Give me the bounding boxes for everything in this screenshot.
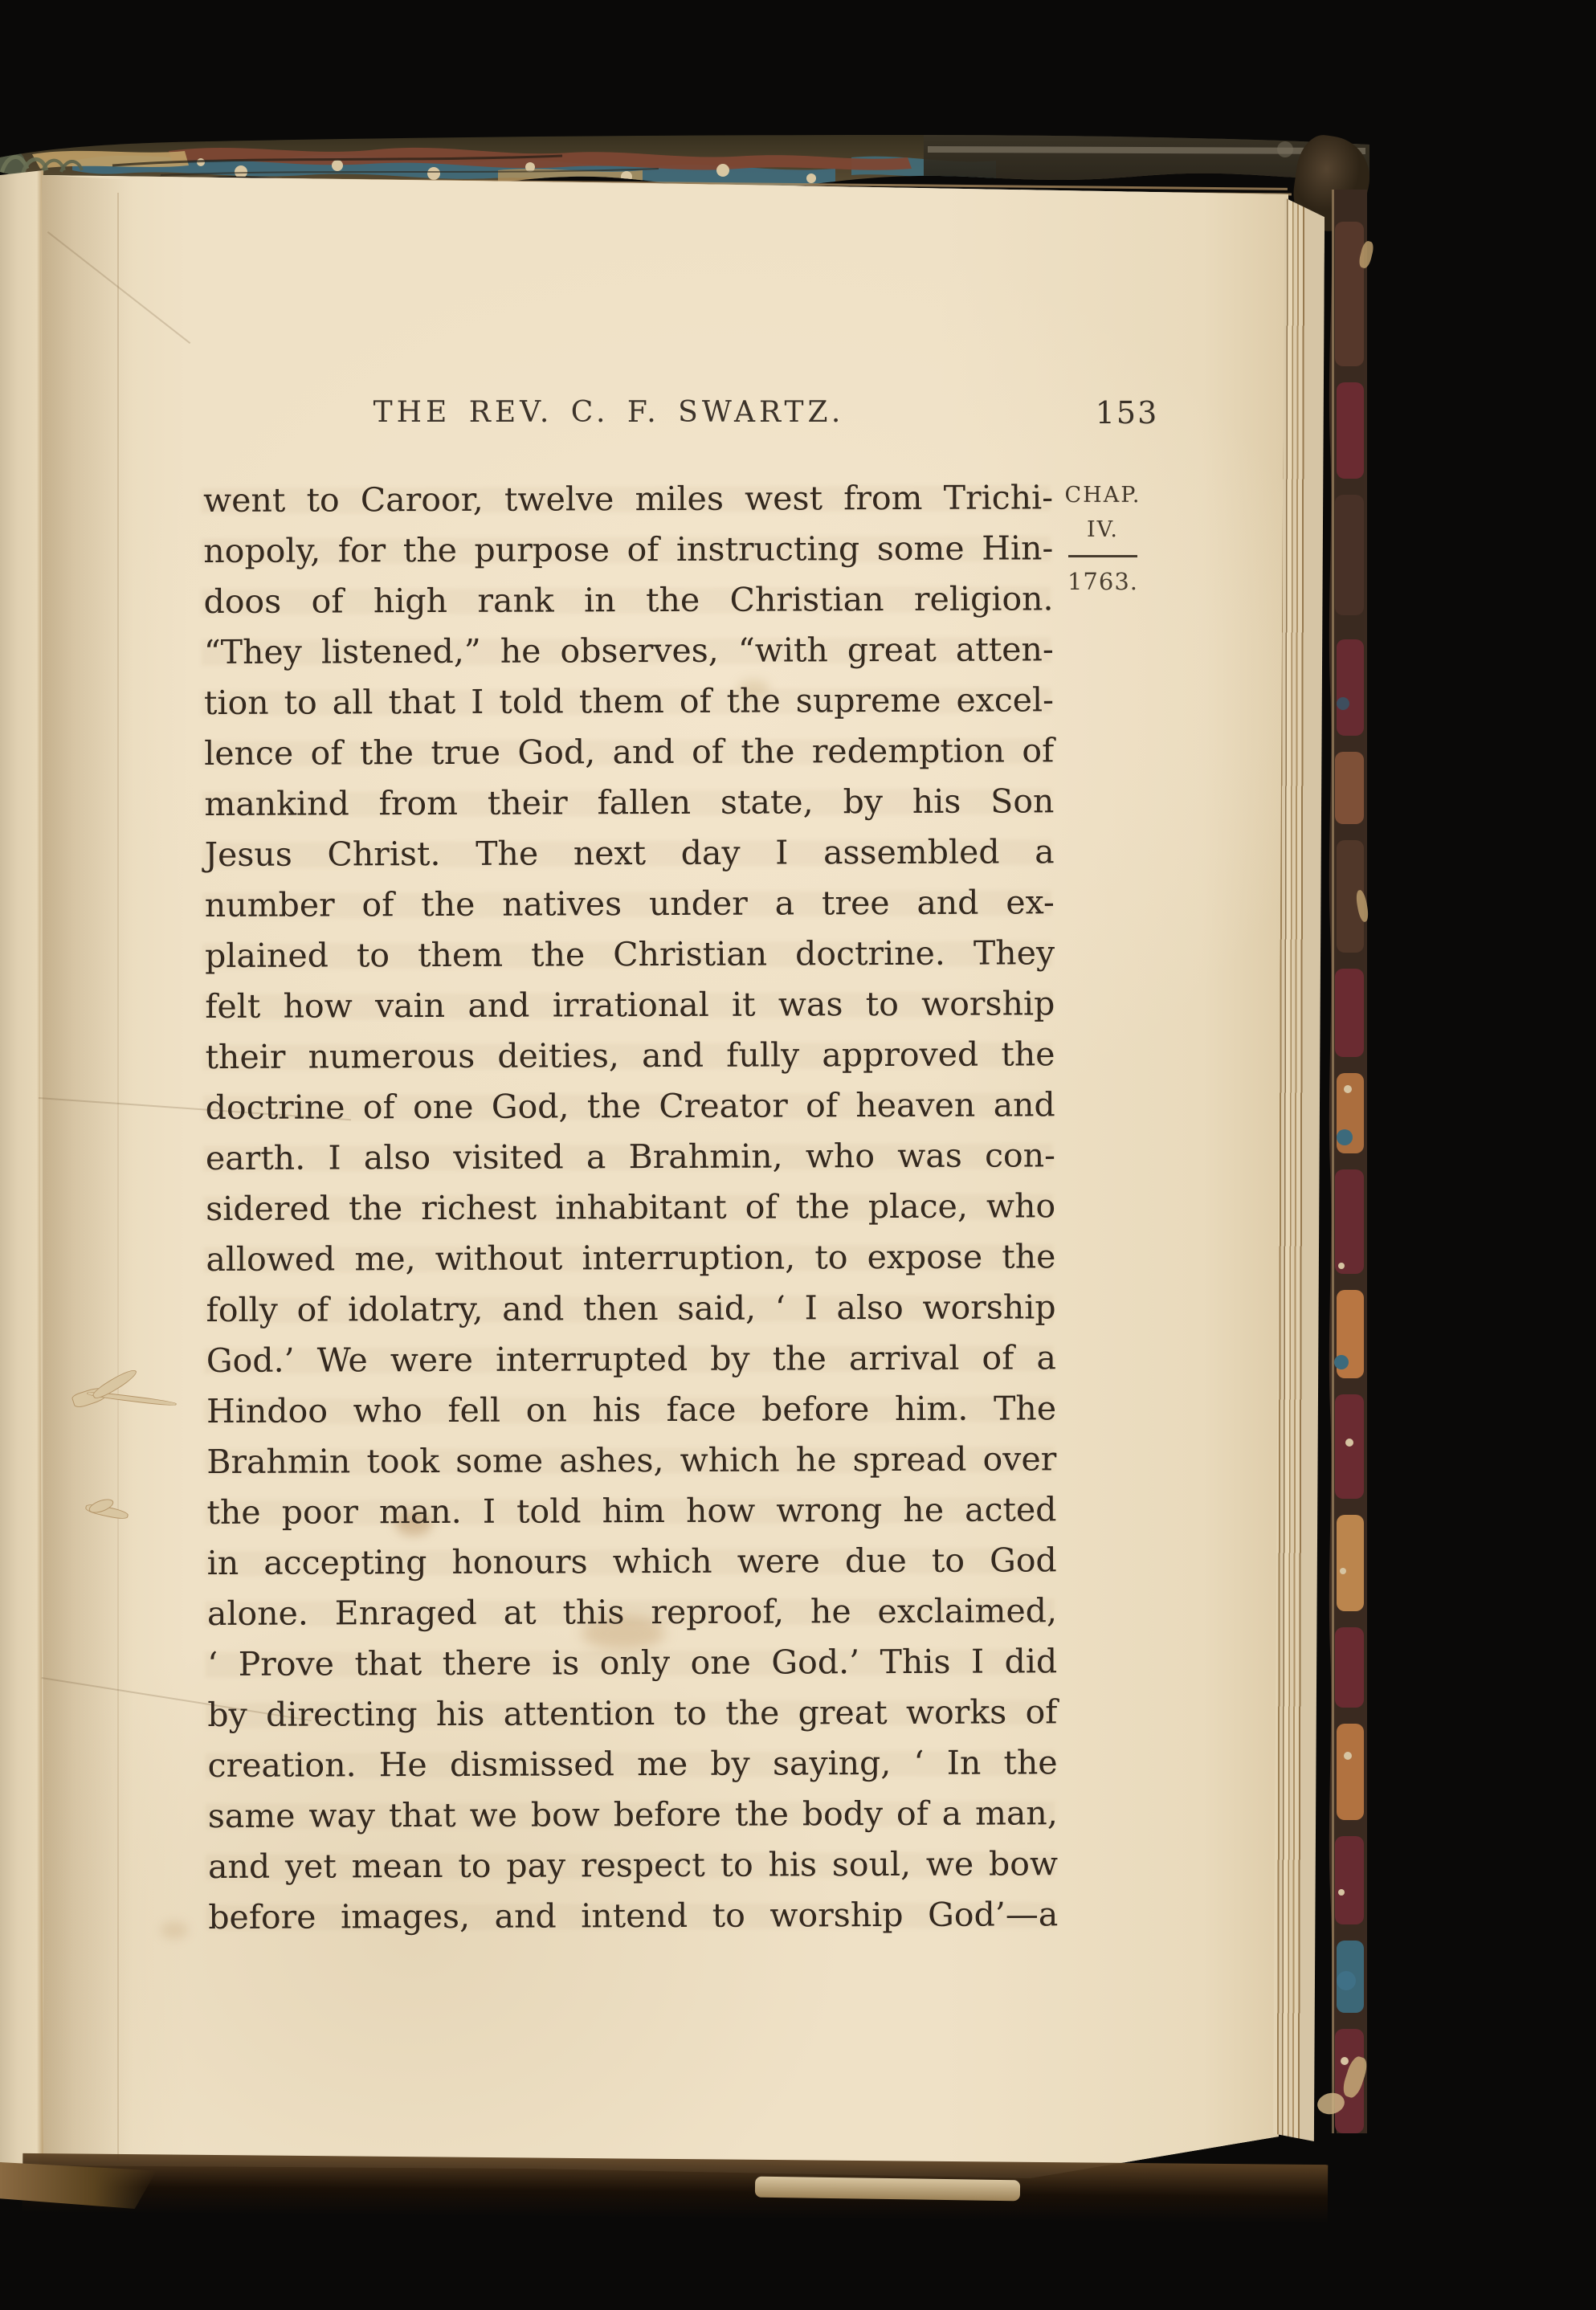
text-line: sidered the richest inhabitant of the pl… xyxy=(206,1181,1055,1235)
text-line: in accepting honours which were due to G… xyxy=(207,1535,1057,1589)
chapter-numeral: IV. xyxy=(1059,512,1147,549)
body-text: went to Caroor, twelve miles west from T… xyxy=(203,472,1058,1943)
page-number: 153 xyxy=(1083,395,1171,431)
margin-note: CHAP. IV. 1763. xyxy=(1059,480,1147,596)
text-line: ‘ Prove that there is only one God.’ Thi… xyxy=(207,1636,1057,1690)
text-line: their numerous deities, and fully approv… xyxy=(205,1029,1055,1083)
text-line: creation. He dismissed me by saying, ‘ I… xyxy=(207,1737,1057,1791)
chapter-label: CHAP. xyxy=(1059,480,1147,512)
text-line: doos of high rank in the Christian relig… xyxy=(203,573,1053,627)
text-line: tion to all that I told them of the supr… xyxy=(204,675,1054,729)
running-title: THE REV. C. F. SWARTZ. xyxy=(203,395,1014,431)
text-line: “They listened,” he observes, “with grea… xyxy=(204,624,1054,678)
marbled-endpaper-art xyxy=(1320,190,1367,2133)
underlying-page-edge-left xyxy=(0,170,43,2170)
text-line: earth. I also visited a Brahmin, who was… xyxy=(206,1130,1055,1184)
page-bottom-shadow xyxy=(22,2153,1329,2224)
text-line: doctrine of one God, the Creator of heav… xyxy=(206,1079,1055,1133)
text-line: went to Caroor, twelve miles west from T… xyxy=(203,472,1053,526)
marbled-endpaper-edge xyxy=(1320,190,1367,2133)
text-line: God.’ We were interrupted by the arrival… xyxy=(206,1333,1056,1386)
page-fold-line xyxy=(117,193,119,2161)
text-line: nopoly, for the purpose of instructing s… xyxy=(203,523,1053,577)
text-line: lence of the true God, and of the redemp… xyxy=(204,725,1054,779)
text-line: and yet mean to pay respect to his soul,… xyxy=(208,1839,1058,1892)
text-line: before images, and intend to worship God… xyxy=(208,1889,1058,1943)
text-line: Brahmin took some ashes, which he spread… xyxy=(206,1434,1056,1488)
text-line: by directing his attention to the great … xyxy=(207,1687,1057,1741)
text-line: Jesus Christ. The next day I assembled a xyxy=(205,826,1055,880)
text-line: alone. Enraged at this reproof, he excla… xyxy=(207,1586,1057,1639)
margin-note-year: 1763. xyxy=(1059,567,1147,596)
text-line: folly of idolatry, and then said, ‘ I al… xyxy=(206,1282,1056,1336)
text-line: mankind from their fallen state, by his … xyxy=(204,776,1054,830)
margin-note-rule xyxy=(1068,555,1137,557)
underlying-page-edge-bottom xyxy=(755,2177,1020,2202)
text-line: same way that we bow before the body of … xyxy=(208,1788,1058,1842)
text-line: felt how vain and irrational it was to w… xyxy=(205,978,1055,1032)
text-line: plained to them the Christian doctrine. … xyxy=(205,928,1055,982)
text-line: the poor man. I told him how wrong he ac… xyxy=(206,1484,1056,1538)
text-line: number of the natives under a tree and e… xyxy=(205,877,1055,931)
page-left-shading xyxy=(37,170,133,2180)
text-line: Hindoo who fell on his face before him. … xyxy=(206,1383,1056,1437)
text-line: allowed me, without interruption, to exp… xyxy=(206,1231,1055,1285)
foxing-stain xyxy=(161,1921,188,1939)
